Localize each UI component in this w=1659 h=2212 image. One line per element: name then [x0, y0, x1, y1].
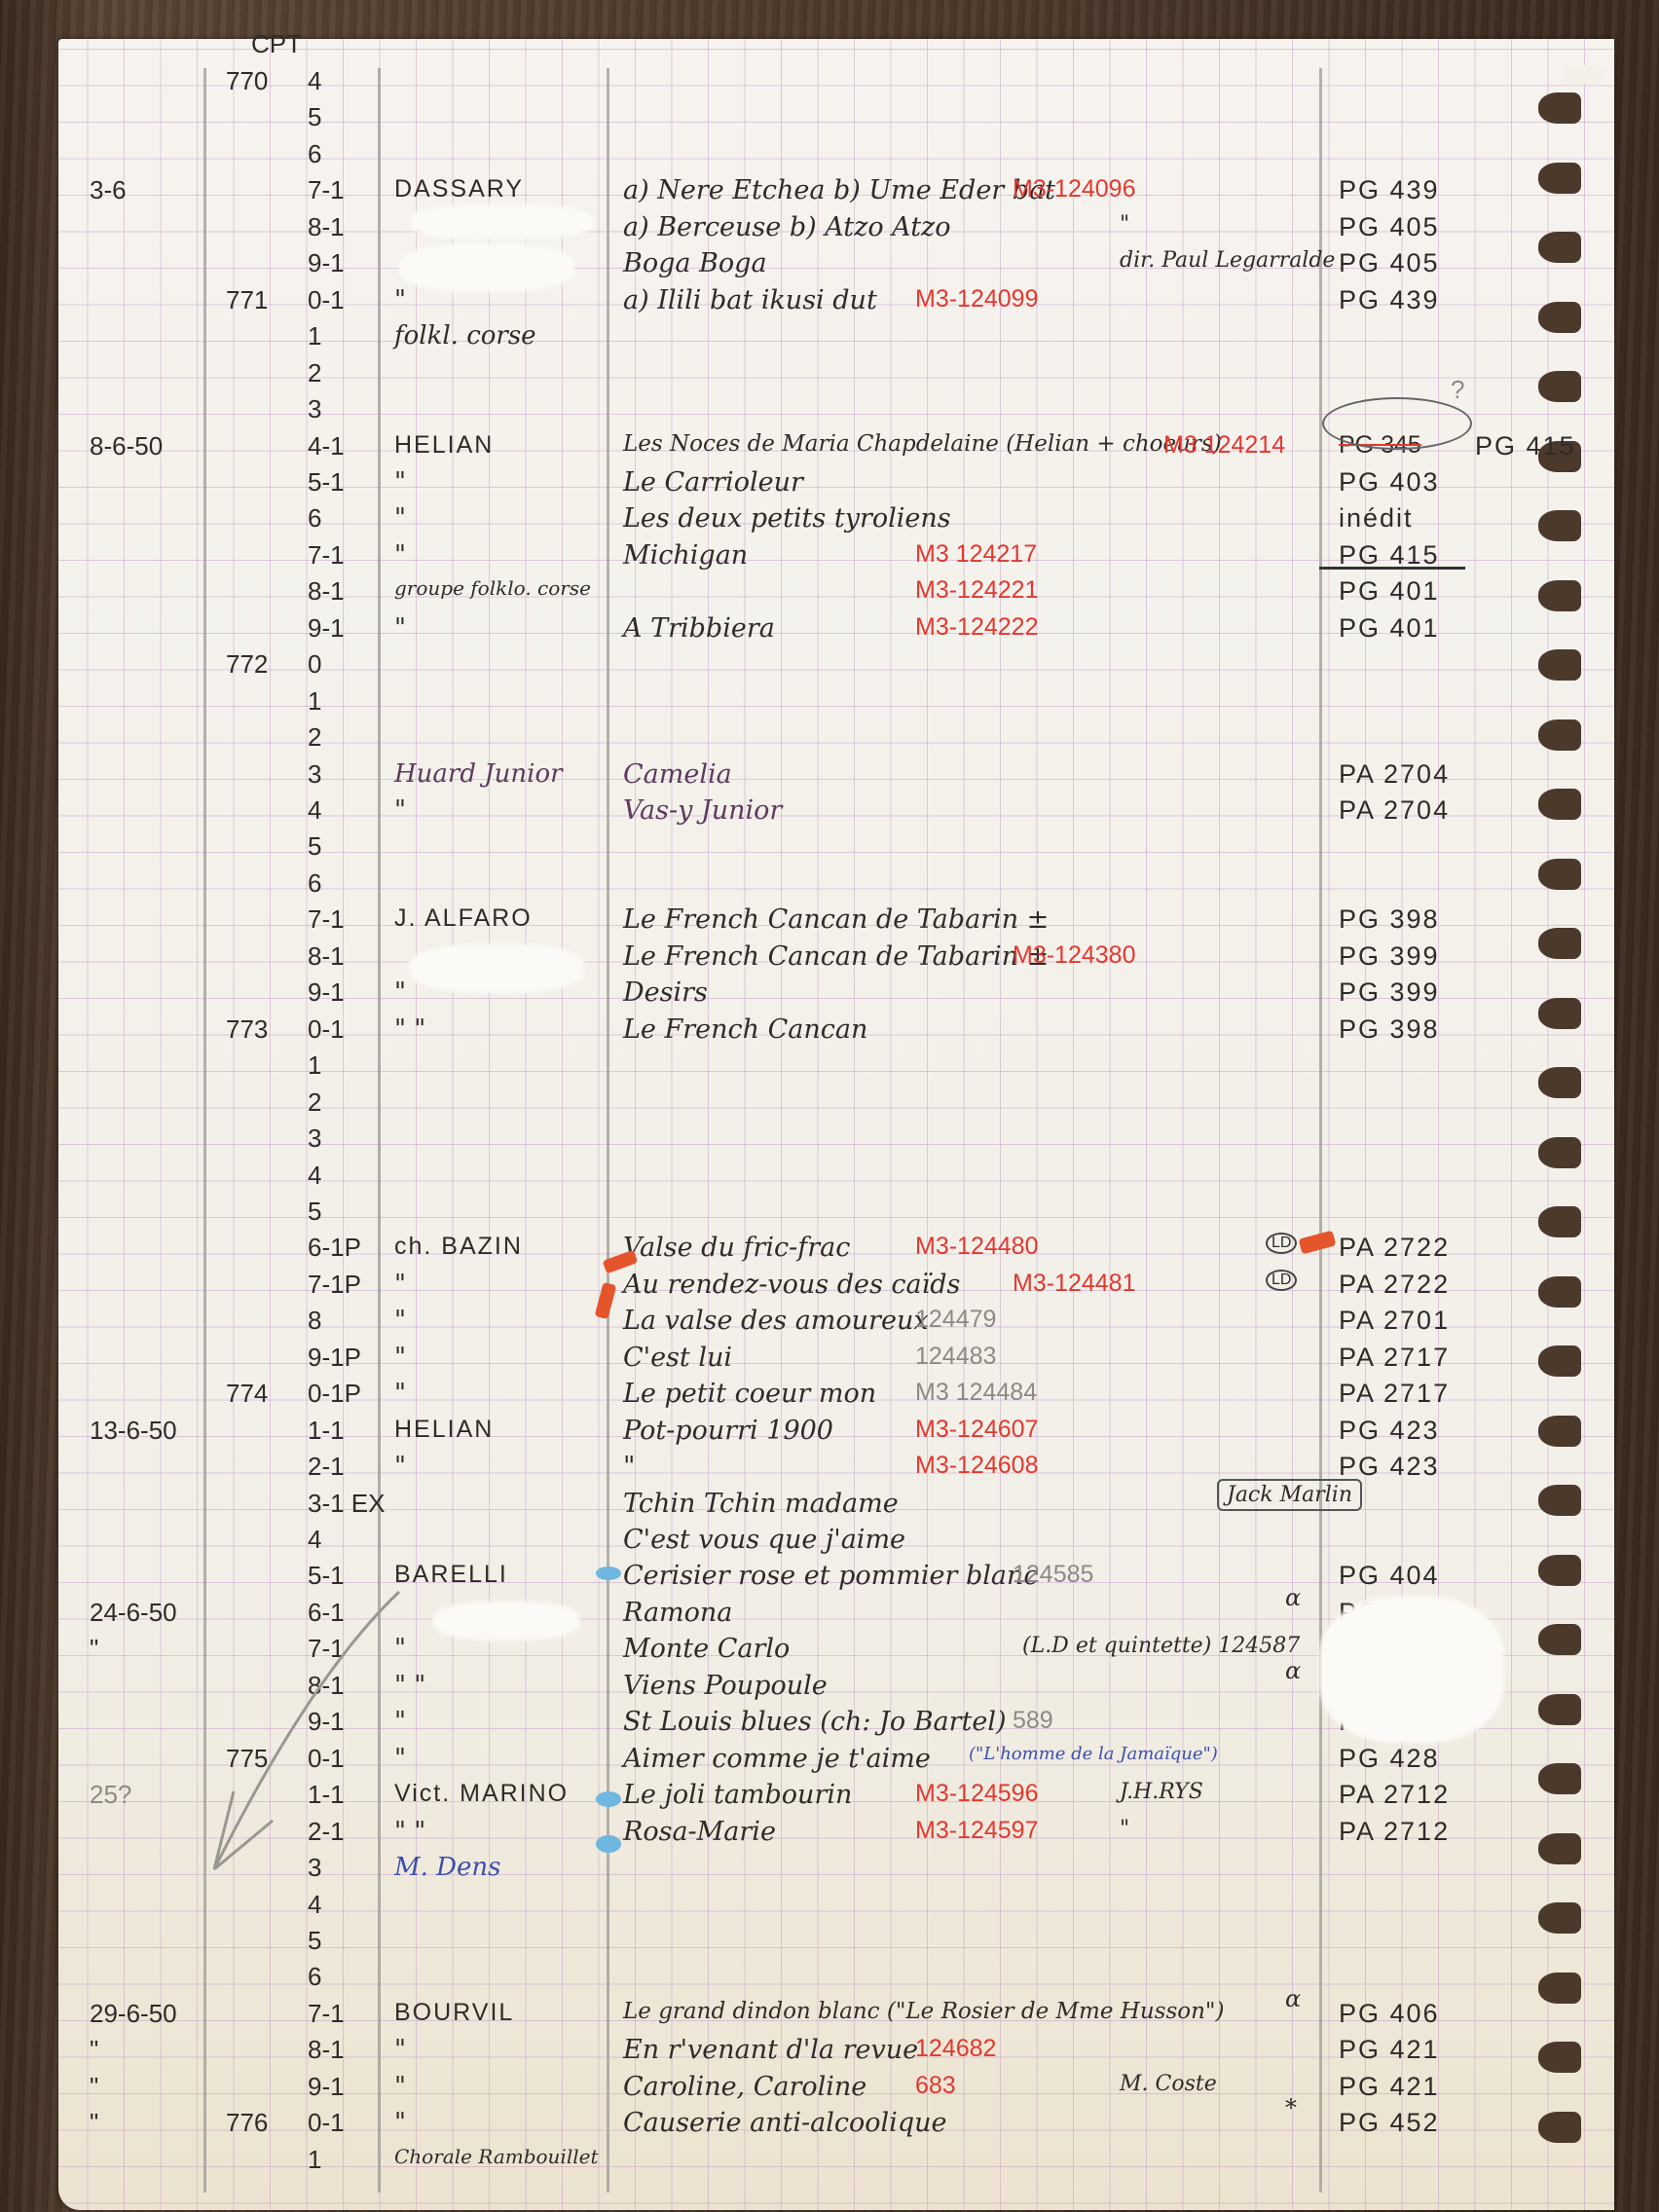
matrix-reference: M3-124607 — [915, 1416, 1038, 1444]
annotation-note: " — [1120, 212, 1129, 237]
artist-name: DASSARY — [394, 175, 524, 203]
recording-date: 3-6 — [90, 175, 127, 205]
artist-name: Vict. MARINO — [394, 1780, 569, 1808]
song-title: Pot-pourri 1900 — [623, 1416, 833, 1446]
annotation-note: M. Coste — [1120, 2072, 1217, 2096]
binder-hole — [1538, 998, 1581, 1029]
song-title: Causerie anti-alcoolique — [623, 2108, 946, 2138]
matrix-prefix: 773 — [226, 1014, 268, 1045]
ledger-page — [58, 39, 1614, 2210]
matrix-number: 6 — [308, 1962, 321, 1992]
torn-paper-tab — [1564, 65, 1603, 85]
binder-hole — [1538, 719, 1581, 751]
matrix-number: 1-1 — [308, 1416, 345, 1446]
matrix-number: 3 — [308, 1124, 321, 1154]
catalog-number: inédit — [1339, 503, 1414, 534]
matrix-reference: M3-124380 — [1013, 941, 1135, 970]
catalog-number: PG 398 — [1339, 904, 1440, 935]
blue-marker-dot — [596, 1567, 621, 1580]
artist-name: " — [394, 1343, 406, 1372]
catalog-number: PG 405 — [1339, 248, 1440, 278]
matrix-reference: 124479 — [915, 1306, 996, 1334]
song-title: St Louis blues (ch: Jo Bartel) — [623, 1707, 1007, 1737]
binder-hole — [1538, 1416, 1581, 1447]
artist-name: Chorale Rambouillet — [394, 2145, 599, 2168]
catalog-number: PG 423 — [1339, 1452, 1440, 1482]
annotation-note: dir. Paul Legarralde — [1120, 248, 1335, 273]
matrix-number: 8-1 — [308, 2035, 345, 2065]
song-title: Desirs — [623, 977, 708, 1008]
catalog-number: PG 406 — [1339, 1999, 1440, 2029]
matrix-reference: M3-124221 — [915, 576, 1038, 605]
matrix-number: 9-1 — [308, 977, 345, 1008]
matrix-reference: M3-124480 — [915, 1233, 1038, 1261]
matrix-reference: M3-124608 — [915, 1452, 1038, 1480]
matrix-reference: M3 124217 — [915, 540, 1037, 569]
matrix-prefix: 772 — [226, 649, 268, 680]
song-title: Le French Cancan de Tabarin ± — [623, 904, 1049, 935]
catalog-number: PA 2701 — [1339, 1306, 1450, 1336]
song-title: Les Noces de Maria Chapdelaine (Helian +… — [623, 431, 1222, 457]
song-title: Le French Cancan — [623, 1014, 867, 1045]
catalog-number: PG 439 — [1339, 175, 1440, 205]
matrix-number: 0-1P — [308, 1379, 361, 1409]
recording-date: 13-6-50 — [90, 1416, 177, 1446]
song-title: A Tribbiera — [623, 613, 775, 644]
song-title: Viens Poupoule — [623, 1671, 828, 1701]
artist-name: " — [394, 2072, 406, 2101]
correction-fluid-patch — [399, 243, 574, 292]
binder-hole — [1538, 1346, 1581, 1377]
alpha-mark: α — [1285, 1584, 1301, 1611]
song-title: Le Carrioleur — [623, 467, 803, 498]
artist-name: " — [394, 1306, 406, 1335]
song-title: Ramona — [623, 1598, 732, 1628]
artist-name: BOURVIL — [394, 1999, 514, 2027]
annotation-note-blue: ("L'homme de la Jamaïque") — [969, 1744, 1218, 1764]
artist-name: " " — [394, 1014, 425, 1044]
matrix-reference: M3 124484 — [915, 1379, 1037, 1407]
matrix-number: 7-1 — [308, 175, 345, 205]
artist-name: J. ALFARO — [394, 904, 533, 933]
song-title: En r'venant d'la revue — [623, 2035, 918, 2065]
matrix-number: 4 — [308, 1525, 321, 1555]
boxed-annotation: Jack Marlin — [1217, 1479, 1362, 1511]
annotation-note: J.H.RYS — [1120, 1780, 1203, 1804]
song-title: " — [623, 1452, 635, 1482]
artist-name: " — [394, 795, 406, 825]
matrix-number: 6-1P — [308, 1233, 361, 1263]
catalog-number: PG 399 — [1339, 941, 1440, 972]
correction-fluid-patch — [433, 1602, 579, 1641]
pencil-arrow-annotation — [195, 1587, 419, 1879]
song-title: La valse des amoureux — [623, 1306, 929, 1336]
song-title: a) Ilili bat ikusi dut — [623, 285, 877, 315]
matrix-number: 3 — [308, 759, 321, 790]
catalog-number: PA 2704 — [1339, 795, 1450, 826]
song-title: Vas-y Junior — [623, 795, 782, 826]
catalog-number: PG 423 — [1339, 1416, 1440, 1446]
correction-fluid-patch — [409, 944, 584, 993]
catalog-number: PG 452 — [1339, 2108, 1440, 2138]
blue-marker-dot — [596, 1835, 621, 1853]
catalog-number: PG 428 — [1339, 1744, 1440, 1774]
song-title: Le grand dindon blanc ("Le Rosier de Mme… — [623, 1999, 1224, 2024]
binder-hole — [1538, 2042, 1581, 2073]
song-title: Michigan — [623, 540, 748, 571]
artist-name: " — [394, 613, 406, 643]
binder-hole — [1538, 1206, 1581, 1237]
matrix-number: 0 — [308, 649, 321, 680]
catalog-number: PA 2704 — [1339, 759, 1450, 790]
column-header-cpt: CPT — [251, 29, 302, 59]
matrix-number: 6 — [308, 503, 321, 534]
matrix-number: 8-1 — [308, 212, 345, 242]
matrix-number: 4 — [308, 66, 321, 96]
column-divider-artist — [607, 68, 609, 2193]
matrix-number: 1 — [308, 2145, 321, 2175]
matrix-reference: 683 — [915, 2072, 956, 2100]
catalog-number: PG 405 — [1339, 212, 1440, 242]
matrix-number: 7-1P — [308, 1270, 361, 1300]
matrix-number: 5-1 — [308, 467, 345, 498]
song-title: Cerisier rose et pommier blanc — [623, 1561, 1039, 1591]
catalog-number: PG 401 — [1339, 576, 1440, 607]
matrix-number: 9-1 — [308, 613, 345, 644]
binder-hole — [1538, 1694, 1581, 1725]
matrix-number: 6 — [308, 868, 321, 899]
artist-name: " — [394, 503, 406, 533]
matrix-prefix: 771 — [226, 285, 268, 315]
catalog-number: PA 2722 — [1339, 1233, 1450, 1263]
recording-date: " — [90, 2035, 98, 2065]
matrix-number: 0-1 — [308, 285, 345, 315]
matrix-number: 0-1 — [308, 2108, 345, 2138]
catalog-number: PA 2712 — [1339, 1817, 1450, 1847]
artist-name: " — [394, 2035, 406, 2064]
recording-date: 25? — [90, 1780, 131, 1810]
binder-hole — [1538, 649, 1581, 681]
separator-line — [1319, 567, 1465, 570]
matrix-reference: M3-124222 — [915, 613, 1038, 642]
matrix-number: 1 — [308, 321, 321, 351]
binder-hole — [1538, 2112, 1581, 2143]
matrix-number: 3-1 EX — [308, 1489, 386, 1519]
song-title: Camelia — [623, 759, 732, 790]
artist-name: " — [394, 285, 406, 314]
recording-date: 8-6-50 — [90, 431, 163, 461]
artist-name: " — [394, 1379, 406, 1408]
blue-marker-dot — [596, 1791, 621, 1807]
binder-hole — [1538, 163, 1581, 194]
song-title: C'est lui — [623, 1343, 732, 1373]
song-title: Le French Cancan de Tabarin ± — [623, 941, 1049, 972]
matrix-reference: M3-124096 — [1013, 175, 1135, 203]
artist-name: " — [394, 467, 406, 497]
binder-hole — [1538, 1902, 1581, 1934]
binder-hole — [1538, 1763, 1581, 1794]
matrix-prefix: 776 — [226, 2108, 268, 2138]
matrix-number: 5 — [308, 102, 321, 132]
binder-hole — [1538, 1485, 1581, 1516]
binder-hole — [1538, 1555, 1581, 1586]
song-title: a) Nere Etchea b) Ume Eder bat — [623, 175, 1055, 205]
song-title: Tchin Tchin madame — [623, 1489, 899, 1519]
catalog-number: PA 2722 — [1339, 1270, 1450, 1300]
matrix-number: 8-1 — [308, 941, 345, 972]
matrix-number: 6 — [308, 139, 321, 169]
matrix-number: 4-1 — [308, 431, 345, 461]
matrix-reference: M3-124597 — [915, 1817, 1038, 1845]
artist-name: HELIAN — [394, 1416, 494, 1444]
annotation-note: (L.D et quintette) 124587 — [1022, 1634, 1300, 1658]
catalog-number: PG 403 — [1339, 467, 1440, 498]
recording-date: 29-6-50 — [90, 1999, 177, 2029]
catalog-number: PA 2717 — [1339, 1343, 1450, 1373]
recording-date: " — [90, 1634, 98, 1664]
matrix-number: 1 — [308, 686, 321, 717]
song-title: a) Berceuse b) Atzo Atzo — [623, 212, 951, 242]
artist-name: folkl. corse — [394, 321, 536, 350]
artist-name: " — [394, 540, 406, 570]
song-title: Monte Carlo — [623, 1634, 790, 1664]
matrix-reference: M3 124214 — [1163, 431, 1285, 460]
song-title: Rosa-Marie — [623, 1817, 776, 1847]
binder-hole — [1538, 302, 1581, 333]
binder-hole — [1538, 1972, 1581, 2004]
binder-hole — [1538, 510, 1581, 541]
catalog-number: PA 2717 — [1339, 1379, 1450, 1409]
catalog-number: PG 399 — [1339, 977, 1440, 1008]
artist-name: " — [394, 977, 406, 1007]
alpha-mark: * — [1285, 2094, 1297, 2121]
matrix-number: 9-1P — [308, 1343, 361, 1373]
catalog-number: PG 401 — [1339, 613, 1440, 644]
correction-fluid-patch — [1319, 1597, 1504, 1743]
alpha-mark: α — [1285, 1657, 1301, 1684]
catalog-number: PG 404 — [1339, 1561, 1440, 1591]
recording-date: " — [90, 2072, 98, 2102]
recording-date: 24-6-50 — [90, 1598, 177, 1628]
matrix-prefix: 770 — [226, 66, 268, 96]
artist-name: " — [394, 2108, 406, 2137]
artist-name: " — [394, 1452, 406, 1481]
matrix-number: 9-1 — [308, 2072, 345, 2102]
catalog-number: PA 2712 — [1339, 1780, 1450, 1810]
song-title: Aimer comme je t'aime — [623, 1744, 931, 1774]
alpha-mark: α — [1285, 1985, 1301, 2012]
matrix-reference: M3-124481 — [1013, 1270, 1135, 1298]
artist-name: " — [394, 1270, 406, 1299]
song-title: C'est vous que j'aime — [623, 1525, 905, 1555]
matrix-reference: 589 — [1013, 1707, 1053, 1735]
matrix-prefix: 774 — [226, 1379, 268, 1409]
catalog-number: PG 439 — [1339, 285, 1440, 315]
matrix-number: 4 — [308, 795, 321, 826]
binder-hole — [1538, 371, 1581, 402]
binder-hole — [1538, 859, 1581, 890]
ld-circle-mark: LD — [1266, 1270, 1297, 1291]
matrix-reference: M3-124596 — [915, 1780, 1038, 1808]
matrix-number: 1 — [308, 1051, 321, 1081]
catalog-number: PG 421 — [1339, 2072, 1440, 2102]
song-title: Boga Boga — [623, 248, 767, 278]
binder-hole — [1538, 92, 1581, 124]
matrix-reference: M3-124099 — [915, 285, 1038, 313]
matrix-number: 4 — [308, 1161, 321, 1191]
binder-hole — [1538, 1833, 1581, 1864]
matrix-number: 2 — [308, 722, 321, 753]
catalog-number: PG 415 — [1475, 431, 1576, 461]
column-divider-title — [1319, 68, 1322, 2193]
song-title: Les deux petits tyroliens — [623, 503, 951, 534]
matrix-number: 9-1 — [308, 248, 345, 278]
song-title: Caroline, Caroline — [623, 2072, 866, 2102]
artist-name: HELIAN — [394, 431, 494, 460]
annotation-note: " — [1120, 1817, 1129, 1841]
artist-name: ch. BAZIN — [394, 1233, 523, 1261]
catalog-number: PG 398 — [1339, 1014, 1440, 1045]
song-title: Le petit coeur mon — [623, 1379, 876, 1409]
catalog-circle-annotation — [1322, 397, 1472, 450]
song-title: Au rendez-vous des caïds — [623, 1270, 960, 1300]
binder-hole — [1538, 1276, 1581, 1308]
binder-hole — [1538, 232, 1581, 263]
matrix-number: 2 — [308, 358, 321, 388]
matrix-number: 2-1 — [308, 1452, 345, 1482]
matrix-number: 5 — [308, 831, 321, 862]
binder-hole — [1538, 928, 1581, 959]
matrix-number: 4 — [308, 1890, 321, 1920]
song-title: Le joli tambourin — [623, 1780, 852, 1810]
artist-name: Huard Junior — [394, 759, 563, 789]
binder-hole — [1538, 580, 1581, 611]
matrix-reference: 124483 — [915, 1343, 996, 1371]
matrix-number: 7-1 — [308, 1999, 345, 2029]
binder-hole — [1538, 1137, 1581, 1168]
artist-name: groupe folklo. corse — [394, 576, 591, 600]
matrix-number: 8-1 — [308, 576, 345, 607]
matrix-number: 7-1 — [308, 904, 345, 935]
correction-fluid-patch — [409, 204, 594, 240]
matrix-number: 5 — [308, 1926, 321, 1956]
question-mark-note: ? — [1451, 375, 1464, 405]
recording-date: " — [90, 2108, 98, 2138]
matrix-number: 0-1 — [308, 1014, 345, 1045]
matrix-number: 8 — [308, 1306, 321, 1336]
binder-hole — [1538, 1067, 1581, 1098]
matrix-reference: 124585 — [1013, 1561, 1093, 1589]
song-title: Valse du fric-frac — [623, 1233, 850, 1263]
matrix-number: 2 — [308, 1088, 321, 1118]
binder-hole — [1538, 789, 1581, 820]
matrix-reference: 124682 — [915, 2035, 996, 2063]
artist-name: BARELLI — [394, 1561, 508, 1589]
matrix-number: 5 — [308, 1197, 321, 1227]
matrix-number: 7-1 — [308, 540, 345, 571]
binder-hole — [1538, 1624, 1581, 1655]
matrix-number: 3 — [308, 394, 321, 424]
catalog-number: PG 421 — [1339, 2035, 1440, 2065]
